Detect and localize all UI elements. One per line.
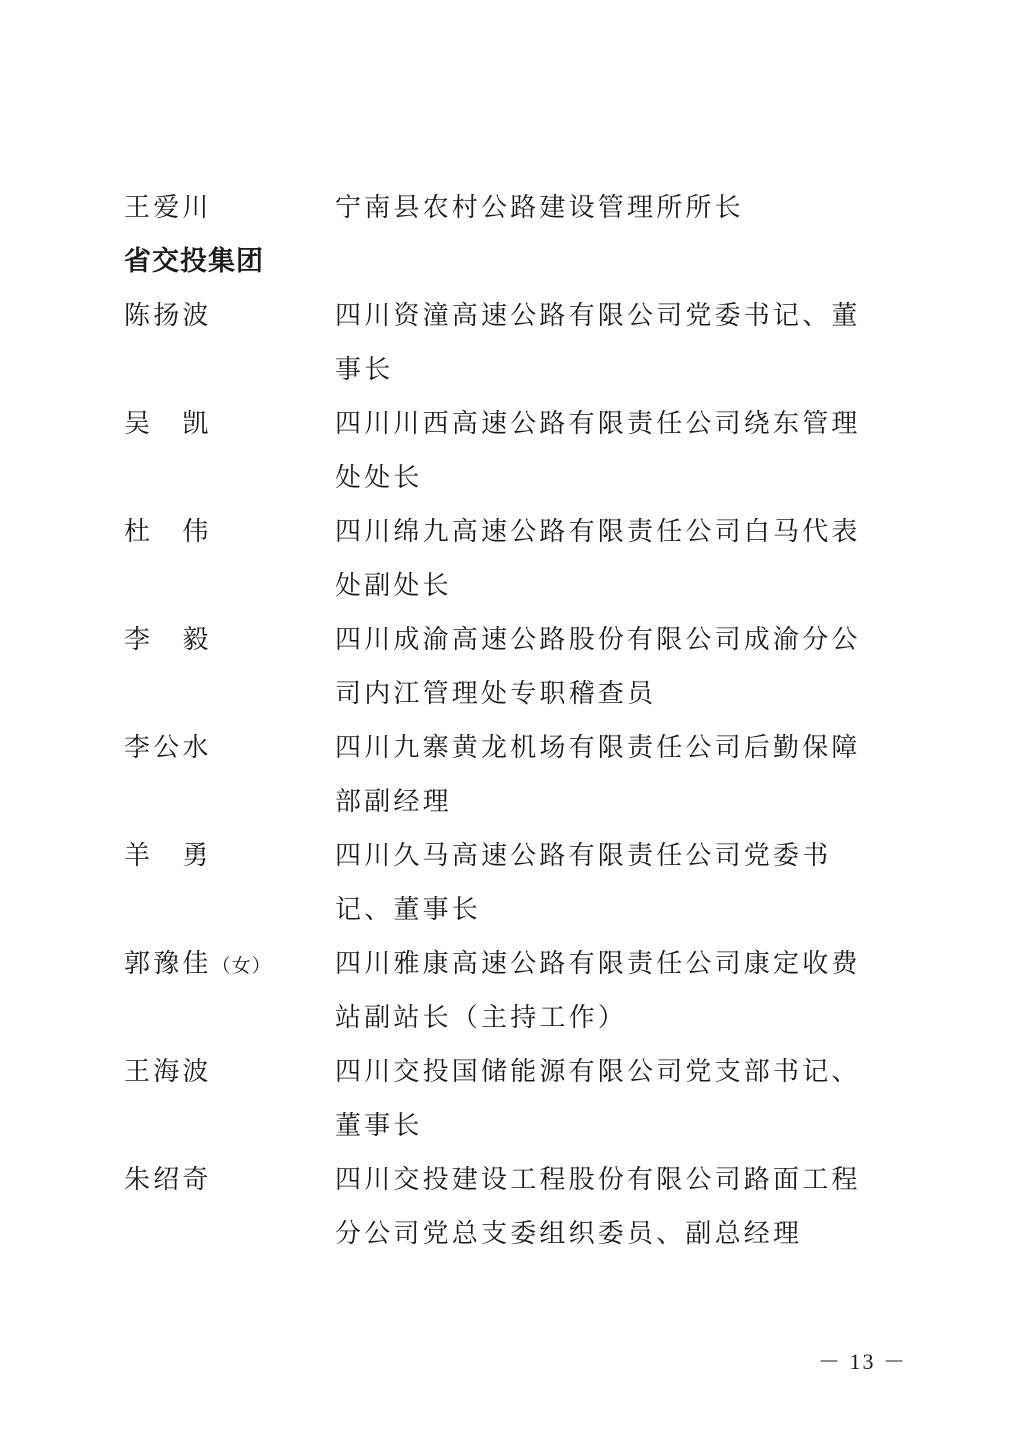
person-title: 四川成渝高速公路股份有限公司成渝分公 <box>335 613 861 667</box>
person-title-continued: 部副经理 <box>335 775 452 829</box>
person-title: 四川交投建设工程股份有限公司路面工程 <box>335 1153 861 1207</box>
person-name: 吴 凯 <box>124 397 212 451</box>
page-number: － 13 － <box>818 1345 907 1376</box>
document-page: 王爱川 宁南县农村公路建设管理所所长 省交投集团 陈扬波 四川资潼高速公路有限公… <box>0 0 1024 1449</box>
person-name: 杜 伟 <box>124 505 212 559</box>
person-title: 四川九寨黄龙机场有限责任公司后勤保障 <box>335 721 861 775</box>
person-title-continued: 事长 <box>335 343 393 397</box>
person-name-group: 郭豫佳（女） <box>124 937 272 993</box>
person-title-continued: 分公司党总支委组织委员、副总经理 <box>335 1207 802 1261</box>
person-title: 四川久马高速公路有限责任公司党委书 <box>335 829 831 883</box>
person-title: 四川雅康高速公路有限责任公司康定收费 <box>335 937 861 991</box>
person-name: 陈扬波 <box>124 289 212 343</box>
gender-note: （女） <box>212 955 272 977</box>
person-title-continued: 司内江管理处专职稽查员 <box>335 667 656 721</box>
person-title: 四川资潼高速公路有限公司党委书记、董 <box>335 289 861 343</box>
person-title-continued: 站副站长（主持工作） <box>335 991 627 1045</box>
person-title-continued: 处副处长 <box>335 559 452 613</box>
person-title-continued: 处处长 <box>335 451 423 505</box>
person-name: 王海波 <box>124 1045 212 1099</box>
person-title: 四川川西高速公路有限责任公司绕东管理 <box>335 397 861 451</box>
section-heading: 省交投集团 <box>124 235 264 289</box>
person-title: 四川绵九高速公路有限责任公司白马代表 <box>335 505 861 559</box>
person-title: 宁南县农村公路建设管理所所长 <box>335 181 744 235</box>
person-name: 朱绍奇 <box>124 1153 212 1207</box>
person-name: 郭豫佳 <box>124 949 212 979</box>
person-name: 羊 勇 <box>124 829 212 883</box>
person-title-continued: 记、董事长 <box>335 883 481 937</box>
person-title-continued: 董事长 <box>335 1099 423 1153</box>
person-name: 李 毅 <box>124 613 212 667</box>
person-name: 李公水 <box>124 721 212 775</box>
person-name: 王爱川 <box>124 181 212 235</box>
person-title: 四川交投国储能源有限公司党支部书记、 <box>335 1045 861 1099</box>
